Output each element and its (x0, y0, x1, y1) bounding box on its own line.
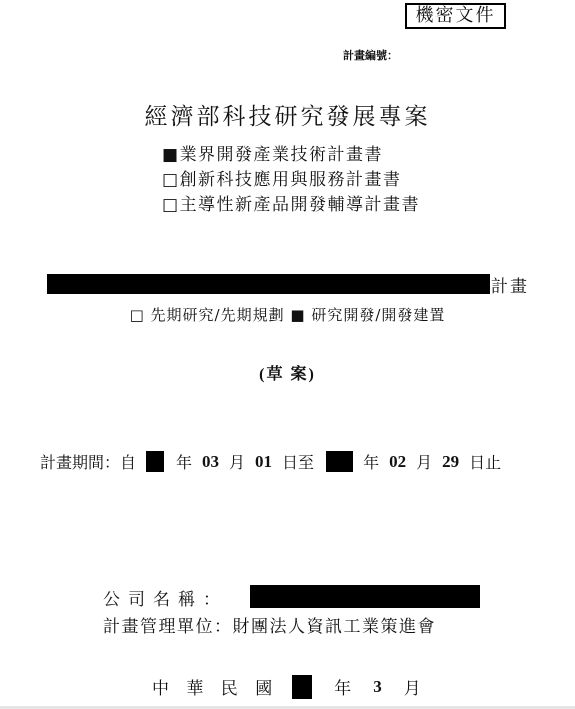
start-day: 01 (255, 452, 272, 472)
end-day: 29 (442, 452, 459, 472)
month-value: 3 (373, 677, 382, 697)
month-unit: 月 (229, 450, 245, 473)
draft-label: (草 案) (0, 361, 575, 384)
project-suffix: 計畫 (491, 272, 529, 297)
month-unit: 月 (416, 450, 432, 473)
day-unit: 日至 (282, 450, 314, 473)
era-label: 中 華 民 國 (152, 674, 278, 699)
redacted-project-name (47, 274, 490, 294)
document-title: 經濟部科技研究發展專案 (0, 98, 575, 131)
company-name-label: 公司名稱： (103, 585, 228, 610)
project-stage-options: □ 先期研究/先期規劃 ■ 研究開發/開發建置 (0, 304, 575, 325)
confidential-stamp: 機密文件 (405, 3, 506, 29)
option-label: 業界開發產業技術計畫書 (180, 145, 384, 165)
redacted-company-name (250, 585, 480, 608)
period-label: 計畫期間：自 (40, 450, 136, 473)
management-unit: 計畫管理單位：財團法人資訊工業策進會 (103, 612, 436, 637)
stage-label-preliminary: 先期研究/先期規劃 (151, 306, 285, 324)
year-unit: 年 (176, 450, 192, 473)
day-unit: 日止 (469, 450, 501, 473)
project-period: 計畫期間：自 年 03 月 01 日至 年 02 月 29 日止 (40, 450, 501, 473)
end-month: 02 (389, 452, 406, 472)
redacted-year (292, 675, 312, 699)
option-label: 主導性新產品開發輔導計畫書 (180, 195, 421, 215)
checked-box-icon: ■ (290, 306, 305, 324)
start-month: 03 (202, 452, 219, 472)
year-unit: 年 (334, 674, 351, 699)
management-value: 財團法人資訊工業策進會 (233, 617, 437, 637)
plan-number-label: 計畫編號： (343, 47, 398, 63)
unchecked-box-icon: □ (162, 170, 180, 190)
unchecked-box-icon: □ (130, 306, 145, 324)
plan-type-option-innovation: □創新科技應用與服務計畫書 (162, 165, 402, 190)
stage-label-development: 研究開發/開發建置 (311, 306, 445, 324)
management-label: 計畫管理單位： (103, 617, 233, 637)
checked-box-icon: ■ (162, 145, 180, 165)
option-label: 創新科技應用與服務計畫書 (180, 170, 402, 190)
year-unit: 年 (363, 450, 379, 473)
unchecked-box-icon: □ (162, 195, 180, 215)
document-date: 中 華 民 國 年 3 月 (152, 674, 421, 699)
redacted-start-year (146, 451, 164, 472)
month-unit: 月 (404, 674, 421, 699)
plan-type-option-industry: ■業界開發產業技術計畫書 (162, 140, 383, 165)
redacted-end-year (326, 451, 353, 472)
plan-type-option-leading-product: □主導性新產品開發輔導計畫書 (162, 190, 420, 215)
